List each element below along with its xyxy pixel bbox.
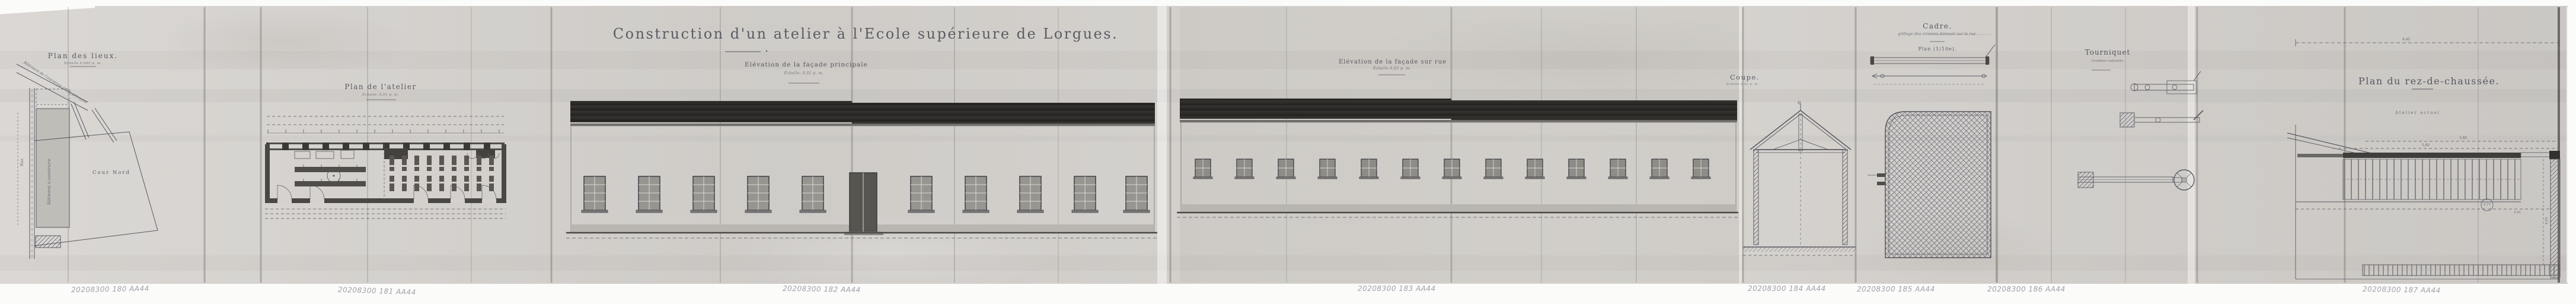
panel-plan-atelier-drawing — [265, 116, 506, 218]
scanned-architectural-sheet: Plan des lieux. Échelle 0,005 p. m. Bâti… — [0, 0, 2576, 304]
window — [1017, 176, 1043, 213]
window — [1567, 159, 1586, 179]
panel3-title: Elévation de la façade principale — [745, 62, 863, 69]
panel5-title: Coupe. — [1730, 74, 1760, 81]
panel6-subtitle: grillage des croisées donnant sur la rue… — [1884, 32, 1991, 36]
window — [963, 176, 989, 213]
panel-cadre-drawing — [1868, 45, 1995, 258]
window — [582, 176, 608, 213]
dim-391: 3,91 — [2514, 211, 2521, 214]
panel2-scale: Échelle: 0,01 p. m. — [333, 93, 428, 97]
window — [800, 176, 826, 213]
courtyard-label: Cour Nord — [92, 170, 130, 176]
window — [1072, 176, 1098, 213]
grille-elevation — [1885, 112, 1991, 258]
window — [1359, 159, 1378, 179]
roof-band — [1180, 99, 1451, 119]
cornice — [1180, 120, 1737, 122]
archive-ref: 20208300 187 AA44 — [2363, 285, 2441, 294]
window — [1123, 176, 1150, 213]
panel6-view-label: Plan (1/10e). — [1908, 47, 1967, 52]
window — [1235, 159, 1254, 179]
panel4-title: Elévation de la façade sur rue — [1339, 59, 1445, 65]
bottom-wall — [2363, 265, 2560, 275]
archive-ref: 20208300 185 AA44 — [1857, 285, 1935, 293]
panel-coupe-drawing — [1743, 102, 1856, 255]
dim-455: 4,55 — [2545, 217, 2549, 224]
workbench — [295, 181, 366, 186]
window — [1484, 159, 1503, 179]
roof-band — [570, 101, 852, 122]
new-building-plan — [36, 109, 69, 227]
archive-ref: 20208300 182 AA44 — [783, 284, 861, 294]
dim-445: 4,45 — [2402, 38, 2410, 42]
window — [1525, 159, 1544, 179]
window — [1650, 159, 1669, 179]
wall-section — [1843, 150, 1847, 245]
wall-section — [1754, 150, 1758, 245]
window — [1442, 159, 1461, 179]
window — [1276, 159, 1295, 179]
dim-582: 5,82 — [2422, 144, 2430, 148]
window — [1608, 159, 1627, 179]
panel3-scale: Échelle: 0,02 p. m. — [745, 72, 863, 76]
new-building-label: Bâtiment à construire — [47, 134, 52, 205]
window — [1318, 159, 1337, 179]
panel8-title: Plan du rez-de-chaussée. — [2358, 76, 2500, 87]
panel7-subtitle: Grandeur naturelle. — [2075, 59, 2140, 63]
bench-row — [388, 156, 498, 171]
panel5-scale: Échelle 0,02 p. m. — [1726, 83, 1759, 87]
left-wall — [265, 144, 270, 203]
plan-wall — [2343, 153, 2521, 158]
window — [691, 176, 717, 213]
window — [1691, 159, 1710, 179]
annex-hatched — [36, 236, 60, 248]
roof-band — [1451, 100, 1737, 121]
panel6-title: Cadre. — [1908, 23, 1967, 30]
side-wall — [2551, 159, 2560, 278]
existing-workshop-label: Atelier actuel — [2395, 111, 2440, 116]
level-dim: -2,77 — [2482, 203, 2491, 207]
panel-facade-principale-drawing — [566, 101, 1157, 238]
panel7-title: Tourniquet — [2075, 49, 2140, 56]
window — [636, 176, 662, 213]
plinth — [1181, 204, 1736, 213]
roof-band — [852, 103, 1155, 124]
cornice — [570, 123, 1155, 126]
archive-ref: 20208300 183 AA44 — [1358, 284, 1436, 293]
panel2-title: Plan de l'atelier — [333, 83, 428, 91]
bottom-wall — [265, 198, 506, 203]
drawing-linework — [0, 0, 2576, 304]
panel4-scale: Échelle 0,02 p. m. — [1339, 67, 1445, 71]
panel1-title: Plan des lieux. — [36, 52, 130, 60]
street-label: Rue — [20, 159, 24, 166]
door-swing — [277, 185, 292, 199]
dim-380: 3,80 — [2459, 137, 2467, 141]
archive-ref: 20208300 184 AA44 — [1748, 284, 1826, 293]
bench-row — [388, 176, 498, 191]
archive-ref: 20208300 180 AA44 — [71, 284, 149, 294]
panel1-scale: Échelle 0,005 p. m. — [36, 62, 130, 65]
window — [1401, 159, 1420, 179]
archive-ref: 20208300 186 AA44 — [1987, 285, 2066, 293]
window — [745, 176, 771, 213]
right-wall — [502, 144, 506, 203]
window — [1193, 159, 1212, 179]
window — [908, 176, 934, 213]
workbench — [295, 167, 366, 172]
sheet-main-title: Construction d'un atelier à l'Ecole supé… — [611, 26, 1121, 42]
